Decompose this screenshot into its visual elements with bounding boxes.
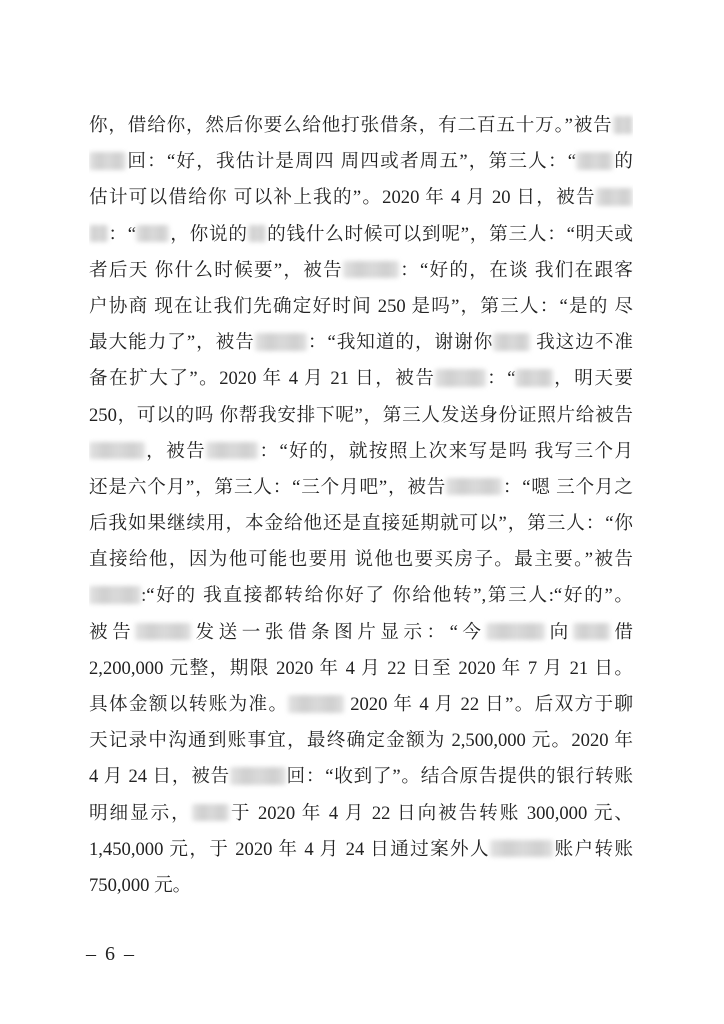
text-segment: 4 月 24 日，被告 bbox=[89, 766, 230, 787]
text-segment: ：“好的，就按照上次来写是吗 我写三个月 bbox=[258, 441, 633, 462]
text-segment: ，明天要 bbox=[553, 368, 633, 389]
text-line: 后我如果继续用，本金给他还是直接延期就可以”，第三人：“你 bbox=[89, 506, 633, 542]
text-segment: ：“我知道的，谢谢你 bbox=[307, 332, 493, 353]
redacted-text bbox=[446, 478, 502, 496]
text-line: 还是六个月”，第三人：“三个月吧”，被告：“嗯 三个月之 bbox=[89, 470, 633, 506]
redacted-text bbox=[596, 188, 633, 206]
redacted-text bbox=[89, 152, 126, 170]
page-number: – 6 – bbox=[86, 941, 136, 967]
text-segment: ，你说的 bbox=[169, 224, 247, 245]
text-segment: 于 2020 年 4 月 22 日向被告转账 300,000 元、 bbox=[229, 803, 633, 824]
redacted-text bbox=[135, 623, 191, 641]
text-segment: 后我如果继续用，本金给他还是直接延期就可以”，第三人：“你 bbox=[89, 513, 633, 534]
text-segment: ：“ bbox=[108, 224, 136, 245]
text-segment: 明细显示， bbox=[89, 803, 192, 824]
text-line: 750,000 元。 bbox=[89, 868, 633, 904]
text-segment: 1,450,000 元，于 2020 年 4 月 24 日通过案外人 bbox=[89, 839, 490, 860]
text-segment: ：“好的，在谈 我们在跟客 bbox=[399, 260, 633, 281]
text-segment: 具体金额以转账为准。 bbox=[89, 694, 288, 715]
text-segment: 250，可以的吗 你帮我安排下呢”，第三人发送身份证照片给被告 bbox=[89, 405, 633, 426]
text-line: 回：“好，我估计是周四 周四或者周五”，第三人：“的 bbox=[89, 144, 633, 180]
text-segment: 被告 bbox=[89, 622, 135, 643]
redacted-text bbox=[230, 767, 286, 785]
text-segment: 借 bbox=[610, 622, 633, 643]
redacted-text bbox=[515, 369, 552, 387]
text-segment: 户协商 现在让我们先确定好时间 250 是吗”，第三人：“是的 尽 bbox=[89, 296, 633, 317]
redacted-text bbox=[248, 225, 267, 243]
text-segment: :“好的 我直接都转给你好了 你给他转”,第三人:“好的”。 bbox=[141, 585, 633, 606]
text-segment: 者后天 你什么时候要”，被告 bbox=[89, 260, 343, 281]
redacted-text bbox=[136, 225, 169, 243]
text-segment: 向 bbox=[545, 622, 573, 643]
text-line: 250，可以的吗 你帮我安排下呢”，第三人发送身份证照片给被告 bbox=[89, 398, 633, 434]
redacted-text bbox=[573, 623, 610, 641]
redacted-text bbox=[493, 333, 530, 351]
text-segment: 直接给他，因为他可能也要用 说他也要买房子。最主要。”被告 bbox=[89, 549, 633, 570]
document-body: 你，借给你，然后你要么给他打张借条，有二百五十万。”被告回：“好，我估计是周四 … bbox=[89, 108, 633, 904]
text-segment: 发送一张借条图片显示：“今 bbox=[191, 622, 486, 643]
text-line: 最大能力了”，被告：“我知道的，谢谢你 我这边不准 bbox=[89, 325, 633, 361]
redacted-text bbox=[613, 116, 633, 134]
text-segment: 天记录中沟通到账事宜，最终确定金额为 2,500,000 元。2020 年 bbox=[89, 730, 633, 751]
text-segment: 最大能力了”，被告 bbox=[89, 332, 255, 353]
text-segment: 备在扩大了”。2020 年 4 月 21 日，被告 bbox=[89, 368, 435, 389]
redacted-text bbox=[192, 804, 229, 822]
redacted-text bbox=[490, 840, 553, 858]
redacted-text bbox=[435, 369, 485, 387]
redacted-text bbox=[206, 442, 258, 460]
redacted-text bbox=[343, 261, 399, 279]
text-line: ：“，你说的的钱什么时候可以到呢”，第三人：“明天或 bbox=[89, 217, 633, 253]
text-segment: 2,200,000 元整，期限 2020 年 4 月 22 日至 2020 年 … bbox=[89, 658, 633, 679]
redacted-text bbox=[486, 623, 546, 641]
text-line: 4 月 24 日，被告回：“收到了”。结合原告提供的银行转账 bbox=[89, 759, 633, 795]
text-segment: ，被告 bbox=[145, 441, 206, 462]
text-segment: 回：“好，我估计是周四 周四或者周五”，第三人：“ bbox=[126, 151, 576, 172]
text-segment: 估计可以借给你 可以补上我的”。2020 年 4 月 20 日，被告 bbox=[89, 187, 596, 208]
text-line: 直接给他，因为他可能也要用 说他也要买房子。最主要。”被告 bbox=[89, 542, 633, 578]
text-line: 天记录中沟通到账事宜，最终确定金额为 2,500,000 元。2020 年 bbox=[89, 723, 633, 759]
text-segment: 还是六个月”，第三人：“三个月吧”，被告 bbox=[89, 477, 446, 498]
text-line: 被告发送一张借条图片显示：“今向借 bbox=[89, 615, 633, 651]
text-line: 户协商 现在让我们先确定好时间 250 是吗”，第三人：“是的 尽 bbox=[89, 289, 633, 325]
text-line: 者后天 你什么时候要”，被告：“好的，在谈 我们在跟客 bbox=[89, 253, 633, 289]
redacted-text bbox=[288, 695, 344, 713]
text-segment: 2020 年 4 月 22 日”。后双方于聊 bbox=[344, 694, 633, 715]
text-segment: 账户转账 bbox=[553, 839, 633, 860]
text-line: :“好的 我直接都转给你好了 你给他转”,第三人:“好的”。 bbox=[89, 578, 633, 614]
redacted-text bbox=[89, 586, 141, 604]
text-segment: 回：“收到了”。结合原告提供的银行转账 bbox=[286, 766, 633, 787]
text-line: 2,200,000 元整，期限 2020 年 4 月 22 日至 2020 年 … bbox=[89, 651, 633, 687]
text-line: 你，借给你，然后你要么给他打张借条，有二百五十万。”被告 bbox=[89, 108, 633, 144]
text-line: ，被告：“好的，就按照上次来写是吗 我写三个月 bbox=[89, 434, 633, 470]
text-line: 明细显示，于 2020 年 4 月 22 日向被告转账 300,000 元、 bbox=[89, 796, 633, 832]
redacted-text bbox=[89, 442, 145, 460]
redacted-text bbox=[255, 333, 307, 351]
redacted-text bbox=[576, 152, 613, 170]
text-segment: 750,000 元。 bbox=[89, 875, 191, 896]
text-segment: 我这边不准 bbox=[530, 332, 633, 353]
text-segment: 的钱什么时候可以到呢”，第三人：“明天或 bbox=[266, 224, 633, 245]
text-line: 备在扩大了”。2020 年 4 月 21 日，被告：“，明天要 bbox=[89, 361, 633, 397]
text-segment: ：“嗯 三个月之 bbox=[502, 477, 633, 498]
document-page: 你，借给你，然后你要么给他打张借条，有二百五十万。”被告回：“好，我估计是周四 … bbox=[0, 0, 724, 1024]
text-segment: ：“ bbox=[486, 368, 516, 389]
text-segment: 你，借给你，然后你要么给他打张借条，有二百五十万。”被告 bbox=[89, 115, 613, 136]
text-line: 具体金额以转账为准。 2020 年 4 月 22 日”。后双方于聊 bbox=[89, 687, 633, 723]
text-line: 估计可以借给你 可以补上我的”。2020 年 4 月 20 日，被告 bbox=[89, 180, 633, 216]
text-segment: 的 bbox=[613, 151, 633, 172]
text-line: 1,450,000 元，于 2020 年 4 月 24 日通过案外人账户转账 bbox=[89, 832, 633, 868]
redacted-text bbox=[89, 225, 108, 243]
